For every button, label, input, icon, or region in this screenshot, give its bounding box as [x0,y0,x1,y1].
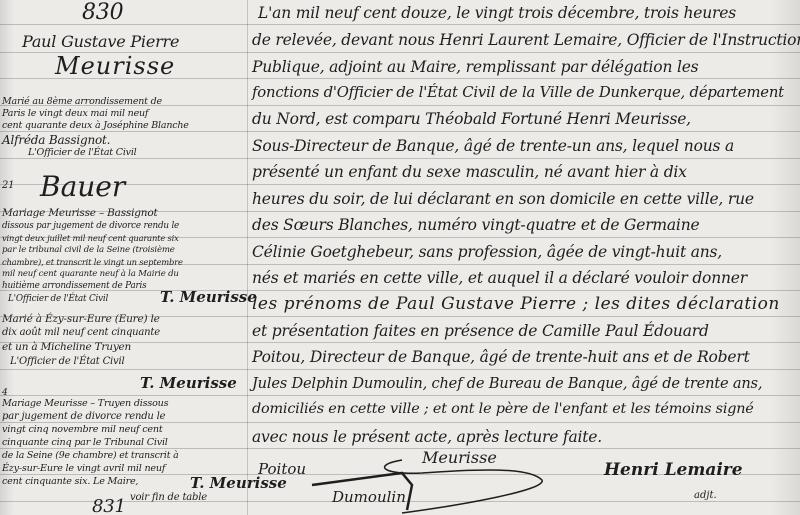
register-page: 830 Paul Gustave Pierre Meurisse Marié a… [0,0,800,515]
next-act-number: 831 [92,496,126,515]
body-line: de relevée, devant nous Henri Laurent Le… [252,31,800,49]
body-line: heures du soir, de lui déclarant en son … [252,190,754,208]
margin-divider [247,0,248,515]
signature-meurisse-1: T. Meurisse [160,288,257,306]
see-end-of-table: voir fin de table [130,492,207,503]
body-line: fonctions d'Officier de l'État Civil de … [252,84,784,101]
body-line-given-names: les prénoms de Paul Gustave Pierre ; les… [252,294,780,314]
signature-adjoint-mark: adjt. [694,490,717,501]
signature-stroke-icon [312,455,432,515]
signature-bauer: Bauer [40,170,125,203]
note-index: 21 [2,180,14,191]
note-index: 4 [2,388,8,398]
body-line: Sous-Directeur de Banque, âgé de trente-… [252,137,734,155]
body-line: du Nord, est comparu Théobald Fortuné He… [252,110,691,128]
body-line: et présentation faites en présence de Ca… [252,322,709,340]
body-line: L'an mil neuf cent douze, le vingt trois… [258,4,736,22]
signature-poitou: Poitou [258,460,306,478]
body-line: nés et mariés en cette ville, et auquel … [252,269,747,287]
body-line: présenté un enfant du sexe masculin, né … [252,163,687,181]
body-line: Jules Delphin Dumoulin, chef de Bureau d… [252,375,762,392]
body-line: Poitou, Directeur de Banque, âgé de tren… [252,348,750,366]
act-number: 830 [82,0,123,25]
body-line: domiciliés en cette ville ; et ont le pè… [252,401,754,417]
body-line: avec nous le présent acte, après lecture… [252,428,602,446]
act-body: L'an mil neuf cent douze, le vingt trois… [252,0,800,515]
body-line: des Sœurs Blanches, numéro vingt-quatre … [252,216,699,234]
margin-column: 830 Paul Gustave Pierre Meurisse Marié a… [0,0,246,515]
signature-lemaire: Henri Lemaire [604,460,743,480]
body-line: Célinie Goetghebeur, sans profession, âg… [252,243,722,261]
margin-given-names: Paul Gustave Pierre [22,32,179,51]
body-line: Publique, adjoint au Maire, remplissant … [252,58,698,76]
margin-surname: Meurisse [55,52,175,80]
signature-meurisse-2: T. Meurisse [140,374,237,392]
